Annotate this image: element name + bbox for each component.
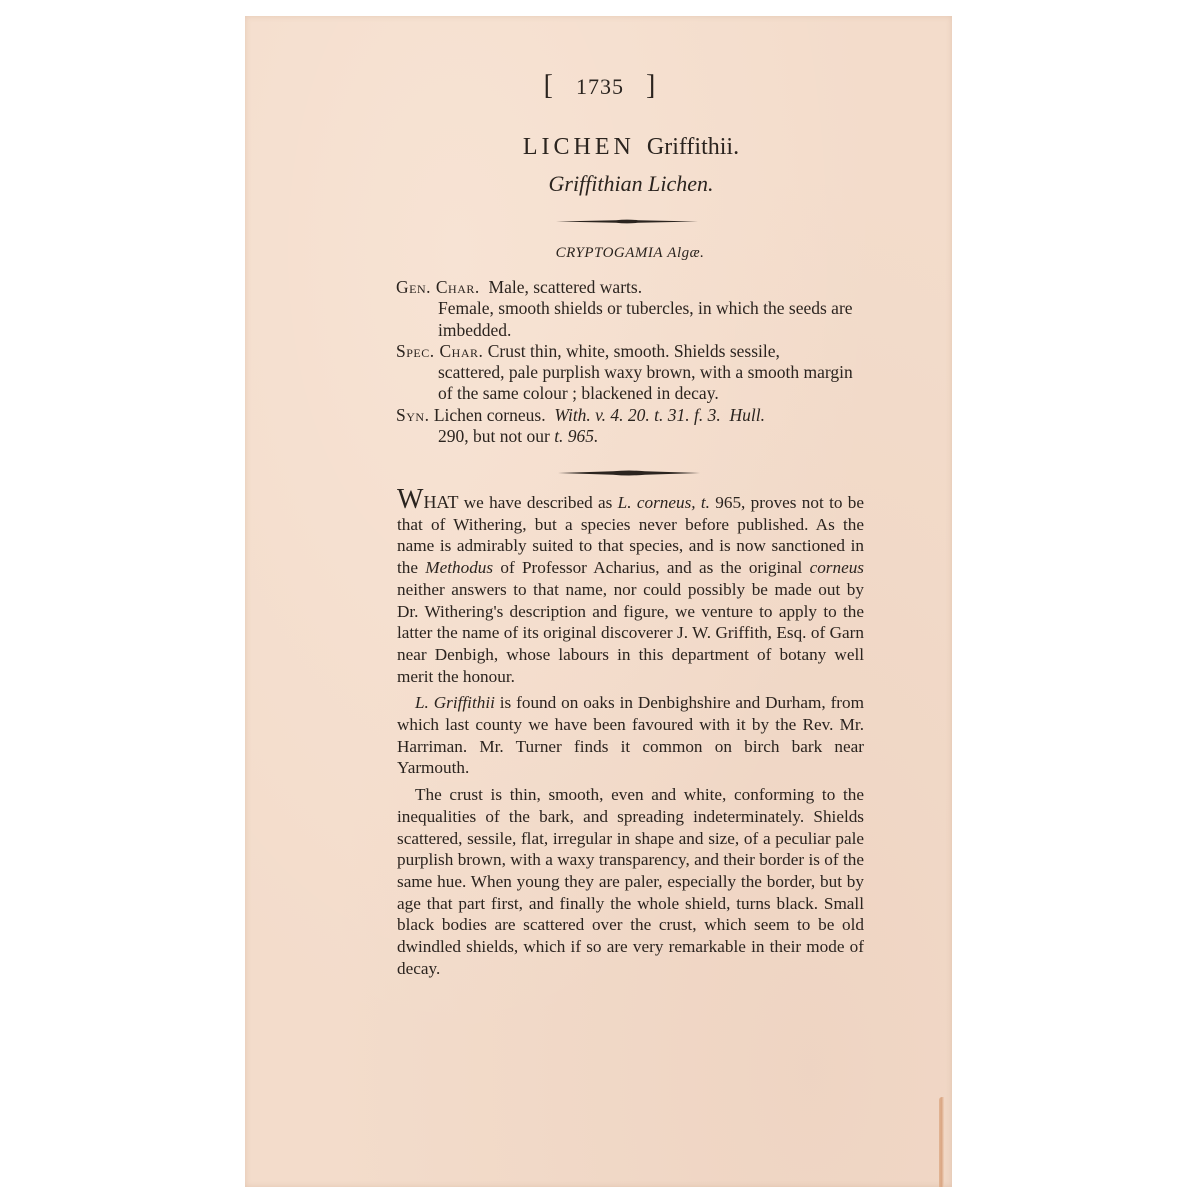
paragraph-2: L. Griffithii is found on oaks in Denbig…: [397, 692, 864, 779]
description-body: WHAT we have described as L. corneus, t.…: [397, 490, 864, 984]
p1-italic-2: Methodus: [425, 558, 493, 577]
common-name: Griffithian Lichen.: [0, 171, 1200, 197]
paragraph-3: The crust is thin, smooth, even and whit…: [397, 784, 864, 979]
page-number-value: 1735: [576, 74, 624, 99]
species-title: LICHENGriffithii.: [0, 134, 1200, 161]
p3-text-1: The crust is thin, smooth, even and whit…: [397, 785, 864, 978]
specific-character: Spec. Char. Crust thin, white, smooth. S…: [396, 341, 866, 405]
close-bracket: ]: [646, 70, 656, 101]
p1-text-1: we have described as: [458, 493, 617, 512]
p1-italic-1: L. corneus, t.: [618, 493, 710, 512]
synonymy: Syn. Lichen corneus. With. v. 4. 20. t. …: [396, 405, 866, 448]
genus-name: LICHEN: [523, 134, 635, 160]
spec-char-line2: scattered, pale purplish waxy brown, wit…: [396, 362, 866, 405]
character-description: Gen. Char. Male, scattered warts. Female…: [396, 277, 866, 447]
syn-text1: Lichen corneus.: [434, 405, 546, 425]
p1-italic-3: corneus: [810, 558, 864, 577]
class-name: CRYPTOGAMIA: [556, 245, 663, 261]
generic-character: Gen. Char. Male, scattered warts. Female…: [396, 277, 866, 341]
syn-text2: 290, but not our: [438, 426, 550, 446]
p2-italic-1: L. Griffithii: [415, 693, 495, 712]
page-number: [1735]: [0, 70, 1200, 102]
decorative-rule-top: [556, 219, 698, 223]
torn-page-edge: [939, 1097, 944, 1187]
gen-char-label: Gen. Char.: [396, 277, 480, 297]
syn-ref1: With. v. 4. 20. t. 31. f. 3.: [554, 405, 720, 425]
opening-caps: HAT: [423, 492, 458, 512]
gen-char-line2: Female, smooth shields or tubercles, in …: [396, 298, 866, 341]
paragraph-1: WHAT we have described as L. corneus, t.…: [397, 490, 864, 687]
spec-char-line1: Crust thin, white, smooth. Shields sessi…: [488, 341, 780, 361]
p1-text-3: of Professor Acharius, and as the origin…: [493, 558, 810, 577]
species-name: Griffithii.: [647, 134, 739, 160]
syn-ref3: t. 965.: [554, 426, 598, 446]
drop-cap: W: [397, 484, 423, 515]
syn-ref2: Hull.: [730, 405, 766, 425]
open-bracket: [: [544, 70, 554, 101]
order-name: Algæ.: [667, 245, 704, 261]
classification: CRYPTOGAMIA Algæ.: [0, 245, 1200, 262]
spec-char-label: Spec. Char.: [396, 341, 483, 361]
gen-char-line1: Male, scattered warts.: [489, 277, 643, 297]
syn-label: Syn.: [396, 405, 429, 425]
decorative-rule-bottom: [558, 470, 700, 474]
p1-text-4: neither answers to that name, nor could …: [397, 580, 864, 686]
